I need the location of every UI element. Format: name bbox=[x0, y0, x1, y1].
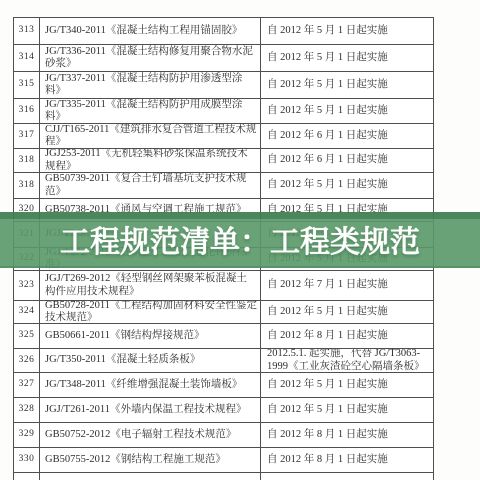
row-number-text: 327 bbox=[19, 379, 35, 390]
banner-title: 工程规范清单：工程类规范 bbox=[0, 217, 480, 261]
row-number-text: 316 bbox=[19, 105, 35, 116]
standard-code-name: GB50755-2012《钢结构工程施工规范》 bbox=[40, 448, 261, 472]
standard-code-name-text: JG/T337-2011《混凝土结构防护用渗透型涂料》 bbox=[45, 73, 257, 98]
row-number: 328 bbox=[14, 398, 40, 422]
implementation-date: 自 2012 年 5 月 1 日起实施 bbox=[261, 301, 434, 323]
table-row: 329GB50752-2012《电子辐射工程技术规范》自 2012 年 8 月 … bbox=[14, 423, 434, 448]
page: 313JG/T340-2011《混凝土结构工程用锚固胶》自 2012 年 5 月… bbox=[0, 0, 480, 480]
implementation-date-text: 自 2012 年 5 月 1 日起实施 bbox=[267, 379, 388, 391]
implementation-date: 自 2012 年 8 月 1 日起实施 bbox=[261, 448, 434, 472]
row-number bbox=[14, 473, 40, 480]
table-row: 328JGJ/T261-2011《外墙内保温工程技术规程》自 2012 年 5 … bbox=[14, 398, 434, 423]
standard-code-name-text: CJJ/T165-2011《建筑排水复合管道工程技术规程》 bbox=[45, 124, 257, 148]
implementation-date-text: 自 2012 年 7 月 1 日起实施 bbox=[267, 279, 388, 291]
row-number-text: 314 bbox=[19, 52, 35, 63]
row-number-text: 318 bbox=[19, 180, 35, 191]
standard-code-name-text: GB50755-2012《钢结构工程施工规范》 bbox=[45, 454, 226, 466]
row-number-text: 323 bbox=[19, 280, 35, 291]
standard-code-name-text: GB50661-2011《钢结构焊接规范》 bbox=[45, 330, 204, 342]
row-number: 318 bbox=[14, 173, 40, 198]
table-row: 313JG/T340-2011《混凝土结构工程用锚固胶》自 2012 年 5 月… bbox=[14, 18, 434, 45]
standard-code-name-text: JGJ/T269-2012《轻型钢丝网架聚苯板混凝土构件应用技术规程》 bbox=[45, 273, 257, 298]
table-row: 317CJJ/T165-2011《建筑排水复合管道工程技术规程》自 2012 年… bbox=[14, 124, 434, 149]
standard-code-name: JG/T335-2011《混凝土结构防护用成膜型涂料》 bbox=[40, 99, 261, 123]
implementation-date-text: 自 2012 年 5 月 1 日起实施 bbox=[267, 179, 388, 191]
row-number-text: 326 bbox=[19, 355, 35, 366]
table-row: 318JGJ253-2011《无机轻集料砂浆保温系统技术规程》自 2012 年 … bbox=[14, 149, 434, 173]
row-number-text: 325 bbox=[19, 330, 35, 341]
row-number: 316 bbox=[14, 99, 40, 123]
implementation-date: 自 2012 年 8 月 1 日起实施 bbox=[261, 423, 434, 447]
implementation-date-text: 自 2012 年 5 月 1 日起实施 bbox=[267, 79, 388, 91]
table-row: 314JG/T336-2011《混凝土结构修复用聚合物水泥砂浆》自 2012 年… bbox=[14, 45, 434, 72]
row-number: 323 bbox=[14, 271, 40, 300]
row-number-text: 318 bbox=[19, 155, 35, 166]
implementation-date bbox=[261, 473, 434, 480]
implementation-date-text: 自 2012 年 5 月 1 日起实施 bbox=[267, 25, 388, 37]
implementation-date-text: 2012.5.1. 起实施，代替 JG/T3063-1999《工业灰渣砼空心隔墙… bbox=[267, 349, 430, 372]
row-number: 315 bbox=[14, 72, 40, 98]
row-number: 324 bbox=[14, 301, 40, 323]
standard-code-name bbox=[40, 473, 261, 480]
standard-code-name: GB50661-2011《钢结构焊接规范》 bbox=[40, 324, 261, 348]
implementation-date: 自 2012 年 5 月 1 日起实施 bbox=[261, 72, 434, 98]
standard-code-name: GB50739-2011《复合土钉墙基坑支护技术规范》 bbox=[40, 173, 261, 198]
standard-code-name-text: JG/T350-2011《混凝土轻质条板》 bbox=[45, 354, 200, 366]
standard-code-name: GB50728-2011《工程结构加固材料安全性鉴定技术规范》 bbox=[40, 301, 261, 323]
standard-code-name-text: GB50728-2011《工程结构加固材料安全性鉴定技术规范》 bbox=[45, 301, 257, 323]
table-row: 330GB50755-2012《钢结构工程施工规范》自 2012 年 8 月 1… bbox=[14, 448, 434, 473]
implementation-date: 自 2012 年 8 月 1 日起实施 bbox=[261, 324, 434, 348]
row-number: 313 bbox=[14, 18, 40, 44]
implementation-date: 自 2012 年 5 月 1 日起实施 bbox=[261, 373, 434, 397]
standard-code-name: JGJ/T269-2012《轻型钢丝网架聚苯板混凝土构件应用技术规程》 bbox=[40, 271, 261, 300]
implementation-date: 自 2012 年 5 月 1 日起实施 bbox=[261, 173, 434, 198]
implementation-date: 自 2012 年 5 月 1 日起实施 bbox=[261, 18, 434, 44]
standard-code-name: JG/T337-2011《混凝土结构防护用渗透型涂料》 bbox=[40, 72, 261, 98]
standard-code-name: JG/T336-2011《混凝土结构修复用聚合物水泥砂浆》 bbox=[40, 45, 261, 71]
table-row bbox=[14, 473, 434, 480]
table-row: 326JG/T350-2011《混凝土轻质条板》2012.5.1. 起实施，代替… bbox=[14, 349, 434, 373]
implementation-date: 自 2012 年 7 月 1 日起实施 bbox=[261, 271, 434, 300]
green-title-banner: 工程规范清单：工程类规范 bbox=[0, 212, 480, 268]
table-row: 315JG/T337-2011《混凝土结构防护用渗透型涂料》自 2012 年 5… bbox=[14, 72, 434, 99]
table-row: 327JG/T348-2011《纤维增强混凝土装饰墙板》自 2012 年 5 月… bbox=[14, 373, 434, 398]
standard-code-name-text: JG/T335-2011《混凝土结构防护用成膜型涂料》 bbox=[45, 99, 257, 123]
row-number-text: 313 bbox=[19, 25, 35, 36]
standard-code-name: GB50752-2012《电子辐射工程技术规范》 bbox=[40, 423, 261, 447]
row-number: 318 bbox=[14, 149, 40, 172]
implementation-date: 自 2012 年 5 月 1 日起实施 bbox=[261, 398, 434, 422]
implementation-date: 自 2012 年 5 月 1 日起实施 bbox=[261, 45, 434, 71]
table-row: 323JGJ/T269-2012《轻型钢丝网架聚苯板混凝土构件应用技术规程》自 … bbox=[14, 271, 434, 301]
implementation-date: 自 2012 年 6 月 1 日起实施 bbox=[261, 124, 434, 148]
standard-code-name: JGJ253-2011《无机轻集料砂浆保温系统技术规程》 bbox=[40, 149, 261, 172]
row-number: 330 bbox=[14, 448, 40, 472]
standard-code-name-text: JG/T348-2011《纤维增强混凝土装饰墙板》 bbox=[45, 379, 242, 391]
implementation-date-text: 自 2012 年 6 月 1 日起实施 bbox=[267, 130, 388, 142]
table-row: 318GB50739-2011《复合土钉墙基坑支护技术规范》自 2012 年 5… bbox=[14, 173, 434, 199]
implementation-date-text: 自 2012 年 5 月 1 日起实施 bbox=[267, 404, 388, 416]
implementation-date-text: 自 2012 年 8 月 1 日起实施 bbox=[267, 454, 388, 466]
implementation-date-text: 自 2012 年 8 月 1 日起实施 bbox=[267, 429, 388, 441]
implementation-date-text: 自 2012 年 5 月 1 日起实施 bbox=[267, 52, 388, 64]
row-number: 325 bbox=[14, 324, 40, 348]
row-number-text: 329 bbox=[19, 429, 35, 440]
implementation-date-text: 自 2012 年 6 月 1 日起实施 bbox=[267, 154, 388, 166]
table-row: 325GB50661-2011《钢结构焊接规范》自 2012 年 8 月 1 日… bbox=[14, 324, 434, 349]
implementation-date-text: 自 2012 年 5 月 1 日起实施 bbox=[267, 306, 388, 318]
row-number: 317 bbox=[14, 124, 40, 148]
standard-code-name-text: JGJ/T261-2011《外墙内保温工程技术规程》 bbox=[45, 404, 246, 416]
implementation-date-text: 自 2012 年 8 月 1 日起实施 bbox=[267, 330, 388, 342]
row-number-text: 328 bbox=[19, 404, 35, 415]
row-number-text: 317 bbox=[19, 130, 35, 141]
row-number: 314 bbox=[14, 45, 40, 71]
implementation-date-text: 自 2012 年 5 月 1 日起实施 bbox=[267, 105, 388, 117]
standard-code-name-text: JG/T340-2011《混凝土结构工程用锚固胶》 bbox=[45, 25, 242, 37]
row-number: 329 bbox=[14, 423, 40, 447]
standard-code-name: CJJ/T165-2011《建筑排水复合管道工程技术规程》 bbox=[40, 124, 261, 148]
implementation-date: 自 2012 年 6 月 1 日起实施 bbox=[261, 149, 434, 172]
table-row: 316JG/T335-2011《混凝土结构防护用成膜型涂料》自 2012 年 5… bbox=[14, 99, 434, 124]
row-number-text: 324 bbox=[19, 306, 35, 317]
standard-code-name: JG/T348-2011《纤维增强混凝土装饰墙板》 bbox=[40, 373, 261, 397]
row-number-text: 330 bbox=[19, 454, 35, 465]
standard-code-name-text: JGJ253-2011《无机轻集料砂浆保温系统技术规程》 bbox=[45, 149, 257, 172]
standard-code-name: JG/T340-2011《混凝土结构工程用锚固胶》 bbox=[40, 18, 261, 44]
standard-code-name: JGJ/T261-2011《外墙内保温工程技术规程》 bbox=[40, 398, 261, 422]
table-row: 324GB50728-2011《工程结构加固材料安全性鉴定技术规范》自 2012… bbox=[14, 301, 434, 324]
standard-code-name-text: GB50752-2012《电子辐射工程技术规范》 bbox=[45, 429, 236, 441]
implementation-date: 自 2012 年 5 月 1 日起实施 bbox=[261, 99, 434, 123]
standard-code-name: JG/T350-2011《混凝土轻质条板》 bbox=[40, 349, 261, 372]
implementation-date: 2012.5.1. 起实施，代替 JG/T3063-1999《工业灰渣砼空心隔墙… bbox=[261, 349, 434, 372]
row-number: 326 bbox=[14, 349, 40, 372]
standard-code-name-text: GB50739-2011《复合土钉墙基坑支护技术规范》 bbox=[45, 173, 257, 198]
row-number-text: 315 bbox=[19, 79, 35, 90]
standard-code-name-text: JG/T336-2011《混凝土结构修复用聚合物水泥砂浆》 bbox=[45, 46, 257, 71]
row-number: 327 bbox=[14, 373, 40, 397]
